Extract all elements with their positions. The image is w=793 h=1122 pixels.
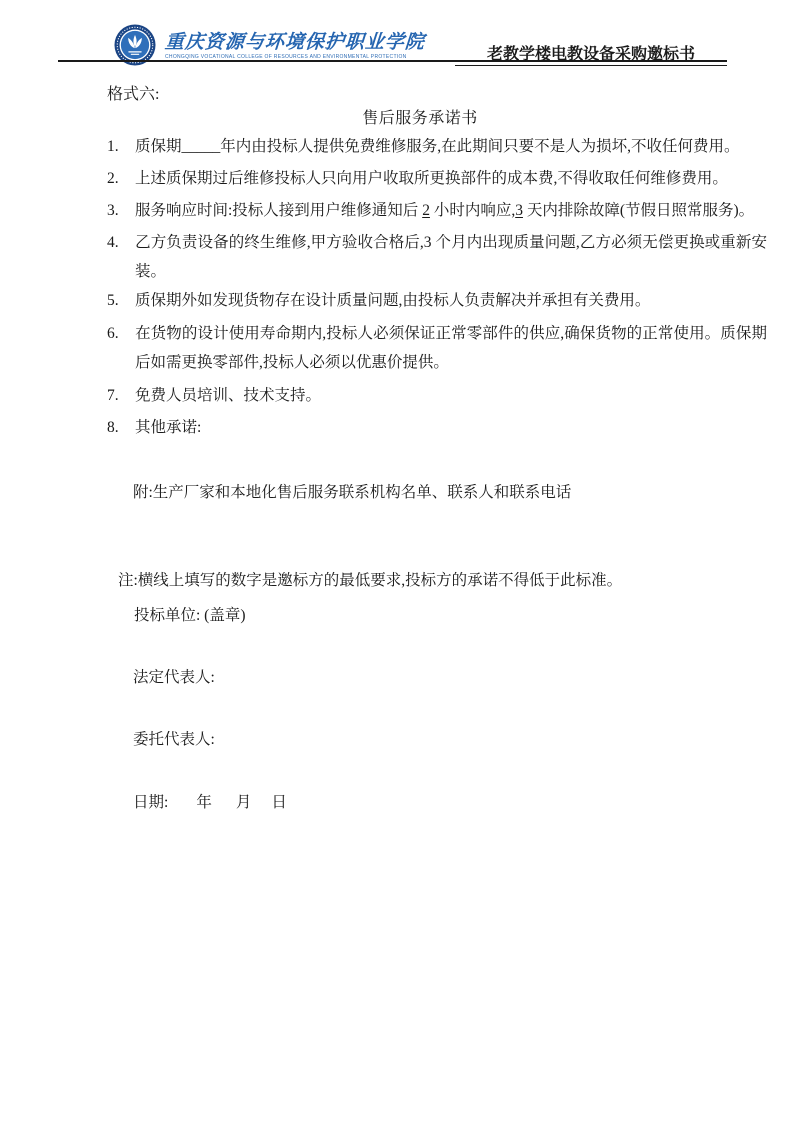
item-number: 5. xyxy=(107,286,135,315)
item-text: 免费人员培训、技术支持。 xyxy=(135,387,321,404)
item-text: 质保期_____年内由投标人提供免费维修服务,在此期间只要不是人为损坏,不收任何… xyxy=(135,138,740,155)
list-item-4: 4.乙方负责设备的终生维修,甲方验收合格后,3 个月内出现质量问题,乙方必须无偿… xyxy=(107,228,767,286)
year-label: 年 xyxy=(196,794,212,811)
item-text: 服务响应时间:投标人接到用户维修通知后 2 小时内响应,3 天内排除故障(节假日… xyxy=(135,202,754,219)
date-line: 日期:年月日 xyxy=(133,793,287,813)
bidder-signature-line: 投标单位: (盖章) xyxy=(134,606,246,626)
item-number: 2. xyxy=(107,164,135,193)
document-page: 重庆资源与环境保护职业学院 CHONGQING VOCATIONAL COLLE… xyxy=(0,0,793,1122)
list-item-1: 1.质保期_____年内由投标人提供免费维修服务,在此期间只要不是人为损坏,不收… xyxy=(107,132,767,161)
format-label: 格式六: xyxy=(107,85,159,105)
list-item-7: 7.免费人员培训、技术支持。 xyxy=(107,381,767,410)
item-text: 质保期外如发现货物存在设计质量问题,由投标人负责解决并承担有关费用。 xyxy=(135,292,650,309)
date-label: 日期: xyxy=(133,794,168,811)
legal-representative-line: 法定代表人: xyxy=(133,668,215,688)
list-item-8: 8.其他承诺: xyxy=(107,413,767,442)
item-number: 3. xyxy=(107,196,135,225)
list-item-5: 5.质保期外如发现货物存在设计质量问题,由投标人负责解决并承担有关费用。 xyxy=(107,286,767,315)
list-item-3: 3.服务响应时间:投标人接到用户维修通知后 2 小时内响应,3 天内排除故障(节… xyxy=(107,196,767,225)
day-label: 日 xyxy=(271,794,287,811)
month-label: 月 xyxy=(236,794,252,811)
item-text: 其他承诺: xyxy=(135,419,201,436)
entrusted-representative-line: 委托代表人: xyxy=(133,730,215,750)
attachment-note: 附:生产厂家和本地化售后服务联系机构名单、联系人和联系电话 xyxy=(133,483,571,503)
list-item-2: 2.上述质保期过后维修投标人只向用户收取所更换部件的成本费,不得收取任何维修费用… xyxy=(107,164,767,193)
item-text: 上述质保期过后维修投标人只向用户收取所更换部件的成本费,不得收取任何维修费用。 xyxy=(135,170,728,187)
item-text: 在货物的设计使用寿命期内,投标人必须保证正常零部件的供应,确保货物的正常使用。质… xyxy=(135,325,767,371)
item-number: 8. xyxy=(107,413,135,442)
item-text: 乙方负责设备的终生维修,甲方验收合格后,3 个月内出现质量问题,乙方必须无偿更换… xyxy=(135,234,767,280)
item-number: 6. xyxy=(107,319,135,348)
list-item-6: 6.在货物的设计使用寿命期内,投标人必须保证正常零部件的供应,确保货物的正常使用… xyxy=(107,319,767,377)
page-title: 售后服务承诺书 xyxy=(90,109,750,129)
item-number: 4. xyxy=(107,228,135,257)
college-name-cn: 重庆资源与环境保护职业学院 xyxy=(164,27,426,53)
doc-header-title: 老教学楼电教设备采购邀标书 xyxy=(455,45,727,66)
footnote: 注:横线上填写的数字是邀标方的最低要求,投标方的承诺不得低于此标准。 xyxy=(118,571,622,591)
item-number: 7. xyxy=(107,381,135,410)
item-number: 1. xyxy=(107,132,135,161)
